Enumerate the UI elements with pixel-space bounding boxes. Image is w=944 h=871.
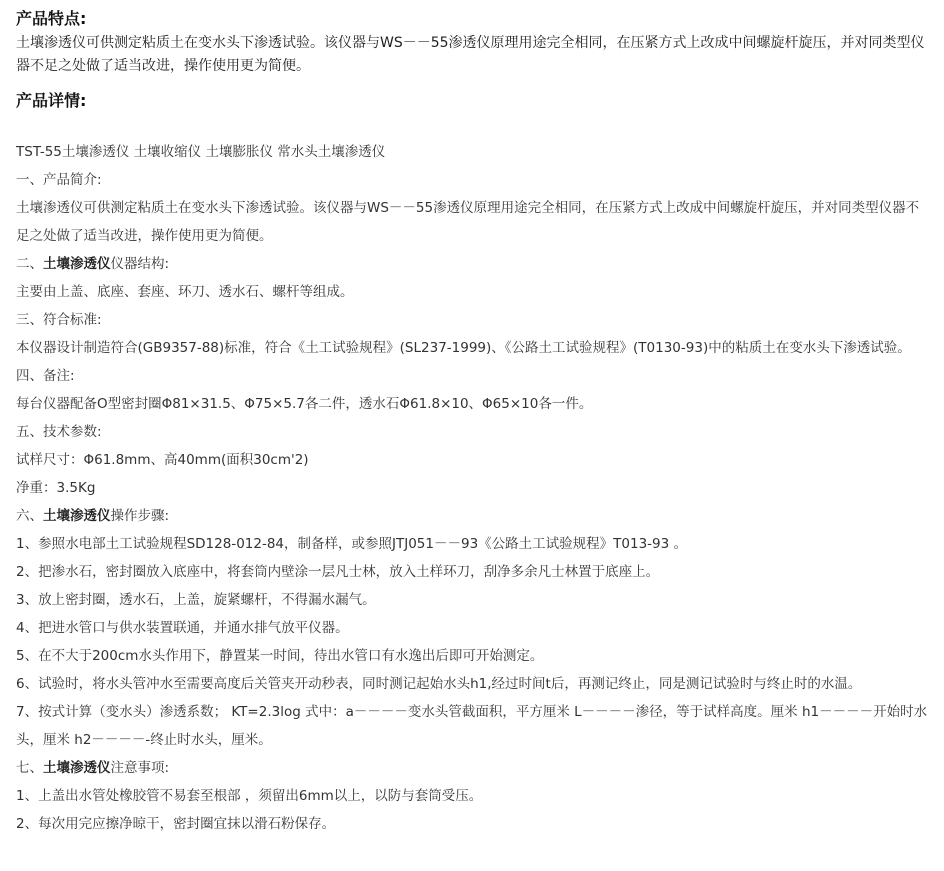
details-title: 产品详情:: [16, 90, 928, 112]
step-item: 5、在不大于200cm水头作用下，静置某一时间，待出水管口有水逸出后即可开始测定…: [16, 642, 928, 670]
features-text: 土壤渗透仪可供测定粘质土在变水头下渗透试验。该仪器与WS－－55渗透仪原理用途完…: [16, 32, 928, 78]
section-heading-intro: 一、产品简介:: [16, 166, 928, 194]
section-heading-precautions: 七、土壤渗透仪注意事项:: [16, 754, 928, 782]
step-item: 1、参照水电部土工试验规程SD128-012-84，制备样，或参照JTJ051－…: [16, 530, 928, 558]
heading-keyword: 土壤渗透仪: [43, 256, 111, 272]
section-heading-specs: 五、技术参数:: [16, 418, 928, 446]
section-heading-steps: 六、土壤渗透仪操作步骤:: [16, 502, 928, 530]
step-item: 2、把渗水石，密封圈放入底座中，将套筒内壁涂一层凡士林，放入土样环刀，刮净多余凡…: [16, 558, 928, 586]
step-item: 7、按式计算（变水头）渗透系数； KT=2.3log 式中：a－－－－变水头管截…: [16, 698, 928, 754]
heading-prefix: 二、: [16, 256, 43, 272]
heading-suffix: 注意事项:: [111, 760, 170, 776]
heading-prefix: 七、: [16, 760, 43, 776]
heading-keyword: 土壤渗透仪: [43, 508, 111, 524]
product-page: 产品特点: 土壤渗透仪可供测定粘质土在变水头下渗透试验。该仪器与WS－－55渗透…: [16, 8, 928, 838]
heading-suffix: 仪器结构:: [111, 256, 170, 272]
step-item: 4、把进水管口与供水装置联通，并通水排气放平仪器。: [16, 614, 928, 642]
step-item: 6、试验时，将水头管冲水至需要高度后关管夹开动秒表，同时测记起始水头h1,经过时…: [16, 670, 928, 698]
spec-sample-size: 试样尺寸：Φ61.8mm、高40mm(面积30cm'2): [16, 446, 928, 474]
spec-net-weight: 净重：3.5Kg: [16, 474, 928, 502]
heading-keyword: 土壤渗透仪: [43, 760, 111, 776]
details-body: TST-55土壤渗透仪 土壤收缩仪 土壤膨胀仪 常水头土壤渗透仪 一、产品简介:…: [16, 138, 928, 838]
section-text-intro: 土壤渗透仪可供测定粘质土在变水头下渗透试验。该仪器与WS－－55渗透仪原理用途完…: [16, 194, 928, 250]
heading-prefix: 六、: [16, 508, 43, 524]
section-text-standards: 本仪器设计制造符合(GB9357-88)标准，符合《土工试验规程》(SL237-…: [16, 334, 928, 362]
precaution-item: 2、每次用完应擦净晾干，密封圈宜抹以滑石粉保存。: [16, 810, 928, 838]
precaution-item: 1、上盖出水管处橡胶管不易套至根部 ，须留出6mm以上，以防与套筒受压。: [16, 782, 928, 810]
product-line: TST-55土壤渗透仪 土壤收缩仪 土壤膨胀仪 常水头土壤渗透仪: [16, 138, 928, 166]
section-text-structure: 主要由上盖、底座、套座、环刀、透水石、螺杆等组成。: [16, 278, 928, 306]
features-title: 产品特点:: [16, 8, 928, 30]
section-heading-notes: 四、备注:: [16, 362, 928, 390]
section-text-notes: 每台仪器配备O型密封圈Φ81×31.5、Φ75×5.7各二件，透水石Φ61.8×…: [16, 390, 928, 418]
heading-suffix: 操作步骤:: [111, 508, 170, 524]
section-heading-structure: 二、土壤渗透仪仪器结构:: [16, 250, 928, 278]
section-heading-standards: 三、符合标准:: [16, 306, 928, 334]
step-item: 3、放上密封圈，透水石，上盖，旋紧螺杆，不得漏水漏气。: [16, 586, 928, 614]
